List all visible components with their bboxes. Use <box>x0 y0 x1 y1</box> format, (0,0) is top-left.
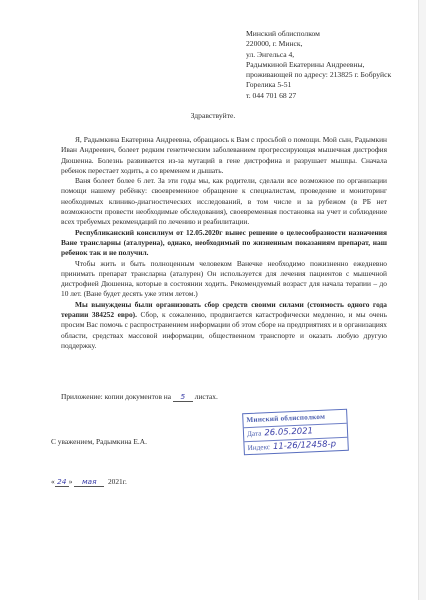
sender-line: проживающей по адресу: 213825 г. Бобруйс… <box>246 70 391 80</box>
closing-signature: С уважением, Радымкина Е.А. <box>51 437 147 446</box>
letter-page: Минский облисполком 220000, г. Минск, ул… <box>0 0 419 600</box>
recipient-line: 220000, г. Минск, <box>246 39 391 49</box>
appendix-line: Приложение: копии документов на 5 листах… <box>61 392 218 402</box>
date-close-quote: » <box>69 477 73 486</box>
recipient-address-block: Минский облисполком 220000, г. Минск, ул… <box>246 29 391 101</box>
sender-line: Горелика 5-51 <box>246 80 391 90</box>
registration-stamp: Минский облисполком Дата26.05.2021 Индек… <box>242 409 349 456</box>
appendix-suffix: листах. <box>195 392 218 401</box>
sender-phone: т. 044 701 68 27 <box>246 91 391 101</box>
stamp-date-label: Дата <box>247 429 262 438</box>
stamp-date-value: 26.05.2021 <box>264 426 313 438</box>
sender-line: Радымкиной Екатерины Андреевны, <box>246 60 391 70</box>
paragraph-history: Ваня болеет более 6 лет. За эти годы мы,… <box>61 176 387 227</box>
date-day: 24 <box>55 477 69 487</box>
recipient-line: Минский облисполком <box>246 29 391 39</box>
paragraph-council-decision: Республиканский консилиум от 12.05.2020г… <box>61 228 387 259</box>
appendix-page-count: 5 <box>173 392 193 402</box>
stamp-index-label: Индекс <box>247 443 270 452</box>
date-year: 2021г. <box>108 477 127 486</box>
paragraph-fundraising: Мы вынуждены были организовать сбор сред… <box>61 300 387 351</box>
date-month: мая <box>74 477 104 487</box>
paragraph-intro: Я, Радымкина Екатерина Андреевна, обраща… <box>61 135 387 176</box>
greeting: Здравствуйте. <box>0 111 426 120</box>
recipient-line: ул. Энгельса 4, <box>246 50 391 60</box>
appendix-prefix: Приложение: копии документов на <box>61 392 171 401</box>
letter-date: «24» мая 2021г. <box>51 477 127 487</box>
paragraph-treatment: Чтобы жить и быть полноценным человеком … <box>61 259 387 300</box>
letter-body: Я, Радымкина Екатерина Андреевна, обраща… <box>61 135 387 351</box>
stamp-index-value: 11-26/12458-р <box>273 439 336 452</box>
